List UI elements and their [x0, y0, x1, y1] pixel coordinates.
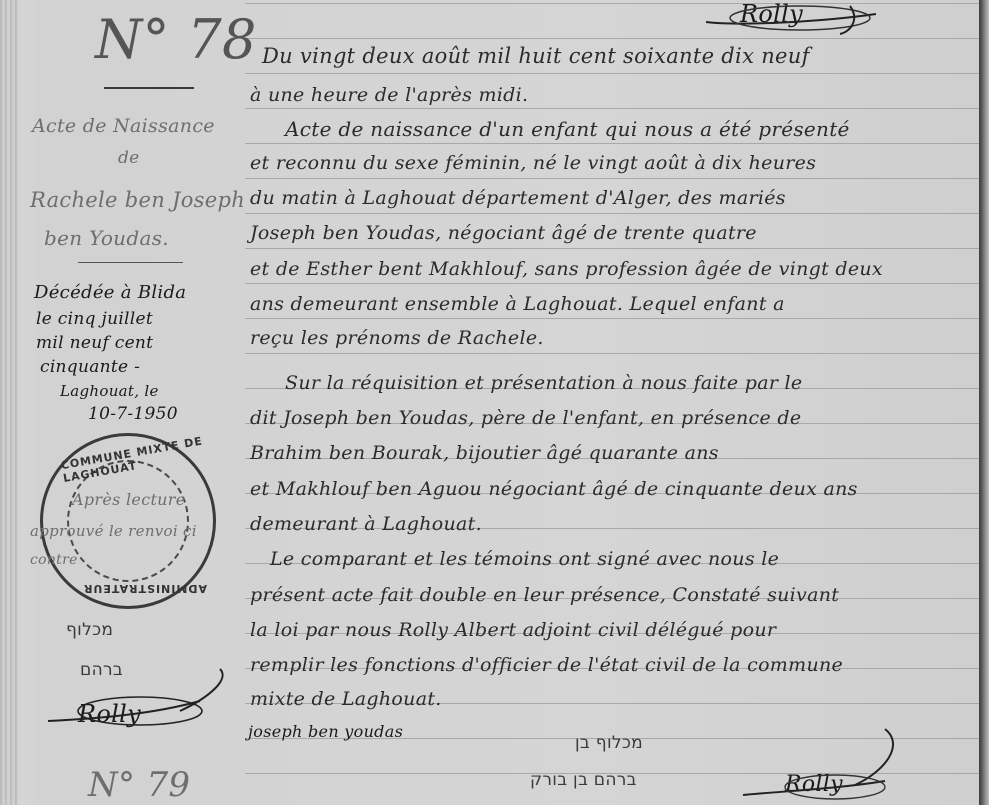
- record-line: et reconnu du sexe féminin, né le vingt …: [250, 152, 816, 174]
- record-line: Sur la réquisition et présentation à nou…: [285, 372, 802, 394]
- stamp-note-line: Après lecture: [72, 490, 186, 509]
- death-annotation-line: cinquante -: [40, 357, 140, 377]
- page-edge: [979, 0, 989, 805]
- record-line: reçu les prénoms de Rachele.: [250, 327, 544, 349]
- record-line: ans demeurant ensemble à Laghouat. Leque…: [250, 293, 785, 315]
- margin-title-line: Rachele ben Joseph: [30, 188, 245, 212]
- death-annotation-line: Décédée à Blida: [34, 282, 186, 303]
- record-line: Joseph ben Youdas, négociant âgé de tren…: [250, 222, 757, 244]
- margin-title-line: Acte de Naissance: [32, 115, 215, 137]
- record-line: Brahim ben Bourak, bijoutier âgé quarant…: [250, 442, 719, 464]
- margin-title-line: de: [118, 148, 140, 168]
- margin-title-underline: [78, 262, 183, 263]
- record-line: et Makhlouf ben Aguou négociant âgé de c…: [250, 478, 858, 500]
- record-line: présent acte fait double en leur présenc…: [250, 584, 839, 606]
- death-annotation-line: mil neuf cent: [36, 333, 153, 353]
- signature-flourish-icon: [700, 0, 890, 36]
- record-line: dit Joseph ben Youdas, père de l'enfant,…: [250, 407, 801, 429]
- next-record-number: N° 79: [88, 765, 190, 805]
- signature-flourish-icon: [40, 665, 230, 735]
- death-annotation-line: le cinq juillet: [36, 309, 153, 329]
- stamp-note-line: contre: [30, 552, 78, 568]
- record-line: la loi par nous Rolly Albert adjoint civ…: [250, 619, 776, 641]
- record-line: et de Esther bent Makhlouf, sans profess…: [250, 258, 883, 280]
- record-line: Le comparant et les témoins ont signé av…: [270, 548, 779, 570]
- signature-flourish-icon: [735, 725, 915, 805]
- stamp-note-line: approuvé le renvoi ci: [30, 522, 197, 540]
- record-line: du matin à Laghouat département d'Alger,…: [250, 187, 786, 209]
- stamp-bottom-text: ADMINISTRATEUR: [83, 582, 207, 595]
- margin-hebrew-signature: מכלוף: [66, 620, 113, 640]
- margin-title-line: ben Youdas.: [44, 226, 169, 250]
- death-annotation-line: 10-7-1950: [88, 404, 178, 424]
- witness-hebrew-signature: ברהם בן בורק: [530, 770, 637, 790]
- record-line: remplir les fonctions d'officier de l'ét…: [250, 654, 843, 676]
- witness-hebrew-signature: מכלוף בן: [575, 733, 643, 753]
- record-line: à une heure de l'après midi.: [250, 84, 528, 106]
- record-line: Du vingt deux août mil huit cent soixant…: [262, 44, 810, 68]
- binding-edge: [0, 0, 18, 805]
- father-signature: joseph ben youdas: [248, 722, 403, 741]
- death-annotation-line: Laghouat, le: [60, 382, 159, 400]
- record-number-underline: [104, 87, 194, 89]
- register-page: Rolly N° 78 Acte de Naissance de Rachele…: [0, 0, 989, 805]
- record-line: Acte de naissance d'un enfant qui nous a…: [285, 117, 850, 141]
- commune-seal-stamp: COMMUNE MIXTE DE LAGHOUAT ADMINISTRATEUR: [40, 433, 216, 609]
- record-line: demeurant à Laghouat.: [250, 513, 482, 535]
- record-number: N° 78: [95, 8, 257, 71]
- record-line: mixte de Laghouat.: [250, 688, 442, 710]
